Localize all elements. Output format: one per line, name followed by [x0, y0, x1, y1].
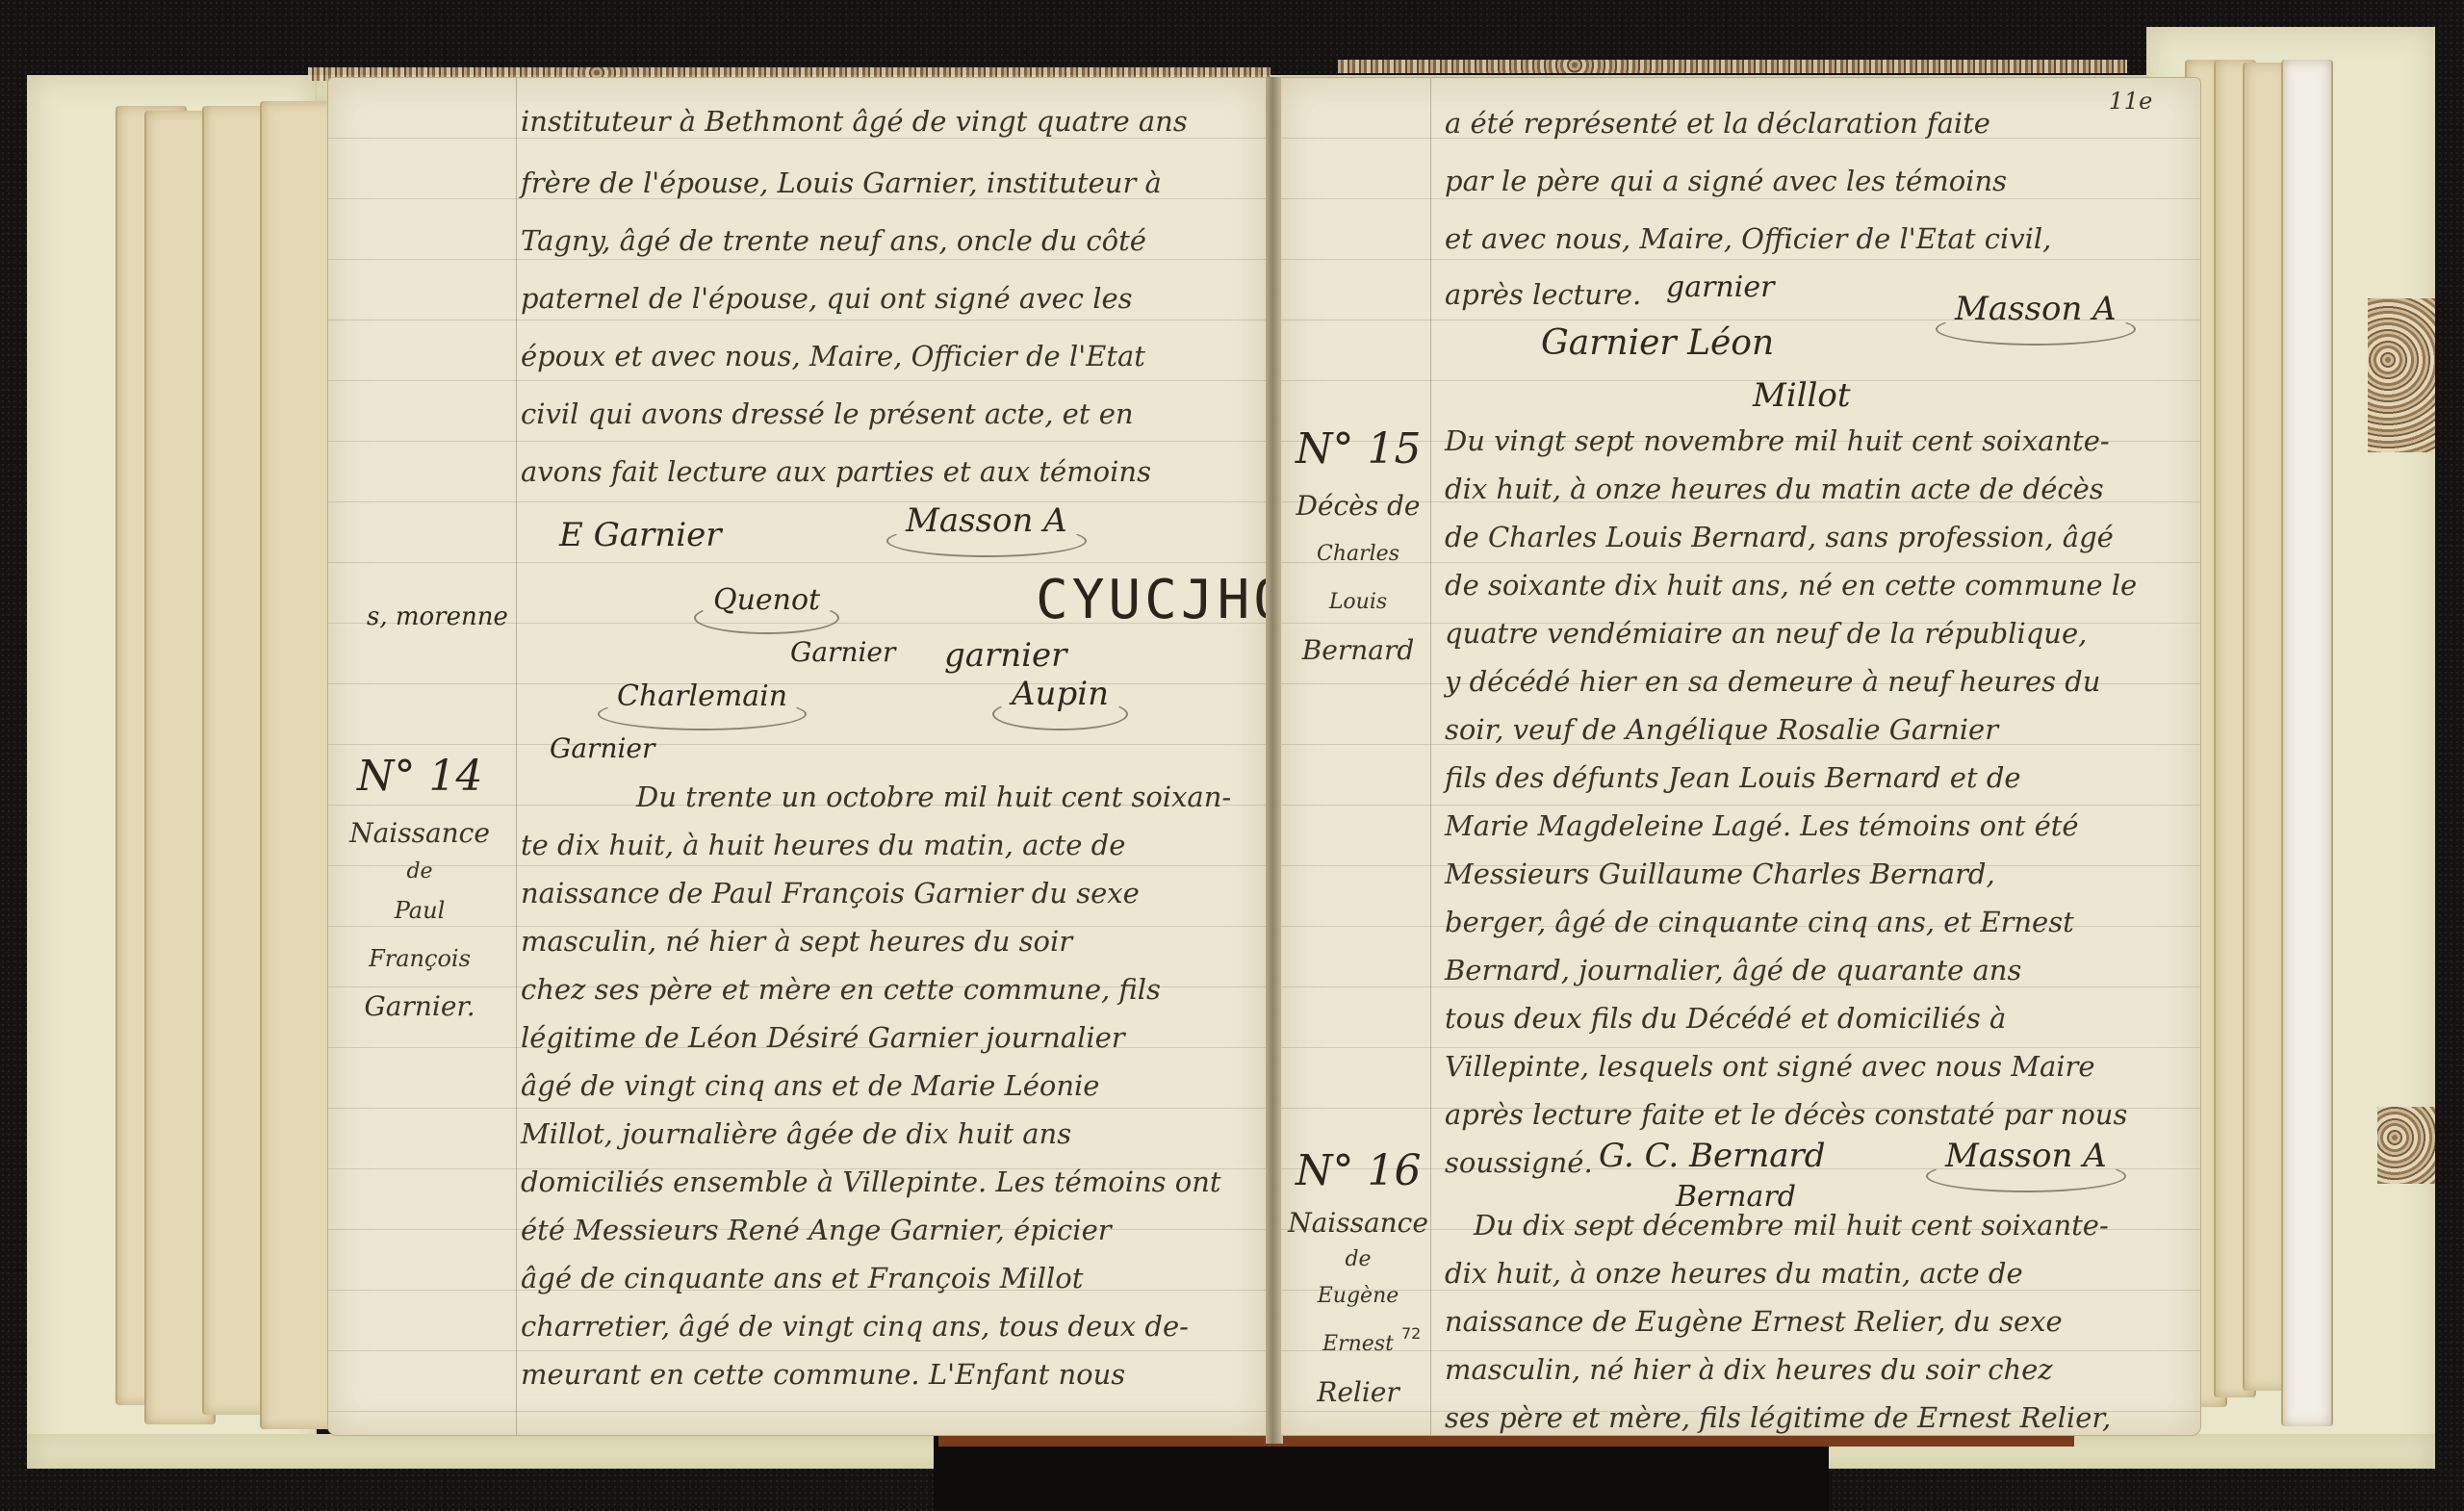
margin-line: de [1286, 1247, 1430, 1272]
right-margin-rule [1430, 78, 1431, 1435]
entry-line: légitime de Léon Désiré Garnier journali… [521, 1021, 1125, 1054]
signature: Millot [1753, 376, 1851, 415]
body-line: civil qui avons dressé le présent acte, … [521, 397, 1134, 430]
body-line: instituteur à Bethmont âgé de vingt quat… [521, 105, 1188, 138]
signature: G. C. Bernard [1599, 1137, 1826, 1175]
entry-line: après lecture faite et le décès constaté… [1445, 1098, 2127, 1131]
entry-line: quatre vendémiaire an neuf de la républi… [1445, 617, 2087, 650]
margin-line: Naissance [1286, 1199, 1430, 1247]
signature-father: Garnier Léon [1541, 323, 1774, 363]
entry-line: Bernard, journalier, âgé de quarante ans [1445, 954, 2021, 986]
signature: s, morenne [367, 602, 508, 631]
body-line: époux et avec nous, Maire, Officier de l… [521, 340, 1145, 372]
signature: E Garnier [559, 516, 721, 554]
entry-number: N° 16 [1296, 1146, 1421, 1195]
margin-line: Relier [1286, 1369, 1430, 1417]
entry-line: ses père et mère, fils légitime de Ernes… [1445, 1401, 2111, 1434]
entry-number: N° 14 [357, 752, 482, 801]
left-margin-rule [516, 78, 517, 1435]
signature: Garnier [550, 732, 654, 764]
entry-line: naissance de Eugène Ernest Relier, du se… [1445, 1305, 2063, 1338]
entry-line: Villepinte, lesquels ont signé avec nous… [1445, 1050, 2095, 1083]
entry-margin-note: Décès de Charles Louis Bernard [1286, 482, 1430, 675]
signature: garnier [944, 636, 1066, 675]
body-line: frère de l'épouse, Louis Garnier, instit… [521, 166, 1162, 199]
entry-line: te dix huit, à huit heures du matin, act… [521, 829, 1125, 861]
entry-line: de Charles Louis Bernard, sans professio… [1445, 521, 2114, 553]
entry-line: masculin, né hier à dix heures du soir c… [1445, 1353, 2053, 1386]
entry-margin-note: Naissance de Paul François Garnier. [347, 809, 492, 1031]
signature-mayor: Masson A [906, 501, 1067, 540]
entry-line: Du trente un octobre mil huit cent soixa… [636, 781, 1231, 813]
signature: Garnier [790, 636, 895, 668]
entry-line: domiciliés ensemble à Villepinte. Les té… [521, 1165, 1221, 1198]
entry-line: tous deux fils du Décédé et domiciliés à [1445, 1002, 2006, 1035]
body-line: et avec nous, Maire, Officier de l'Etat … [1445, 222, 2051, 255]
margin-line: Paul François [347, 886, 492, 983]
entry-line: Marie Magdeleine Lagé. Les témoins ont é… [1445, 809, 2079, 842]
margin-line: Garnier. [347, 983, 492, 1031]
signature: Aupin [1012, 675, 1109, 713]
signature-mayor: Masson A [1955, 290, 2117, 328]
entry-line: chez ses père et mère en cette commune, … [521, 973, 1161, 1006]
margin-line: Eugène Ernest [1286, 1272, 1430, 1369]
stamped-signature: CYUCJHO [1036, 569, 1290, 631]
entry-line: berger, âgé de cinquante cinq ans, et Er… [1445, 906, 2074, 938]
entry-line: naissance de Paul François Garnier du se… [521, 877, 1140, 909]
body-line: par le père qui a signé avec les témoins [1445, 165, 2007, 197]
margin-line: Naissance [347, 809, 492, 858]
entry-line: Du dix sept décembre mil huit cent soixa… [1474, 1209, 2109, 1242]
entry-line: soir, veuf de Angélique Rosalie Garnier [1445, 713, 1998, 746]
entry-line: fils des défunts Jean Louis Bernard et d… [1445, 761, 2021, 794]
margin-line: Bernard [1286, 627, 1430, 675]
body-line: paternel de l'épouse, qui ont signé avec… [521, 282, 1133, 315]
right-page: 72 11e a été représenté et la déclaratio… [1280, 77, 2201, 1436]
signature: Quenot [713, 583, 820, 617]
entry-line: âgé de cinquante ans et François Millot [521, 1262, 1083, 1294]
entry-line: été Messieurs René Ange Garnier, épicier [521, 1214, 1112, 1246]
body-line: Tagny, âgé de trente neuf ans, oncle du … [521, 224, 1146, 257]
body-line: avons fait lecture aux parties et aux té… [521, 455, 1151, 488]
left-page: instituteur à Bethmont âgé de vingt quat… [327, 77, 1268, 1436]
margin-line: Décès de [1286, 482, 1430, 530]
corner-mark: 11e [2109, 88, 2153, 115]
entry-line: meurant en cette commune. L'Enfant nous [521, 1358, 1125, 1391]
signature-mayor: Masson A [1945, 1137, 2107, 1175]
entry-number: N° 15 [1296, 424, 1421, 474]
entry-line: soussigné. [1445, 1146, 1593, 1179]
signature: garnier [1666, 270, 1774, 304]
body-line: a été représenté et la déclaration faite [1445, 107, 1990, 140]
page-stack-right-4 [2281, 60, 2333, 1426]
marbled-cover-corner-bottom-right [2377, 1107, 2435, 1184]
entry-line: âgé de vingt cinq ans et de Marie Léonie [521, 1069, 1099, 1102]
entry-margin-note: Naissance de Eugène Ernest Relier [1286, 1199, 1430, 1417]
marbled-cover-edge-top-right [1338, 60, 2127, 73]
margin-line: de [347, 858, 492, 886]
entry-line: Du vingt sept novembre mil huit cent soi… [1445, 424, 2110, 457]
entry-line: de soixante dix huit ans, né en cette co… [1445, 569, 2137, 602]
body-line: après lecture. [1445, 278, 1641, 311]
entry-line: y décédé hier en sa demeure à neuf heure… [1445, 665, 2101, 698]
entry-line: charretier, âgé de vingt cinq ans, tous … [521, 1310, 1189, 1343]
entry-line: Messieurs Guillaume Charles Bernard, [1445, 858, 1995, 890]
entry-line: dix huit, à onze heures du matin, acte d… [1445, 1257, 2023, 1290]
entry-line: masculin, né hier à sept heures du soir [521, 925, 1072, 958]
entry-line: Millot, journalière âgée de dix huit ans [521, 1117, 1071, 1150]
signature: Charlemain [617, 679, 787, 713]
entry-line: dix huit, à onze heures du matin acte de… [1445, 473, 2104, 505]
margin-line: Charles Louis [1286, 530, 1430, 627]
marbled-cover-corner-right [2368, 298, 2435, 452]
